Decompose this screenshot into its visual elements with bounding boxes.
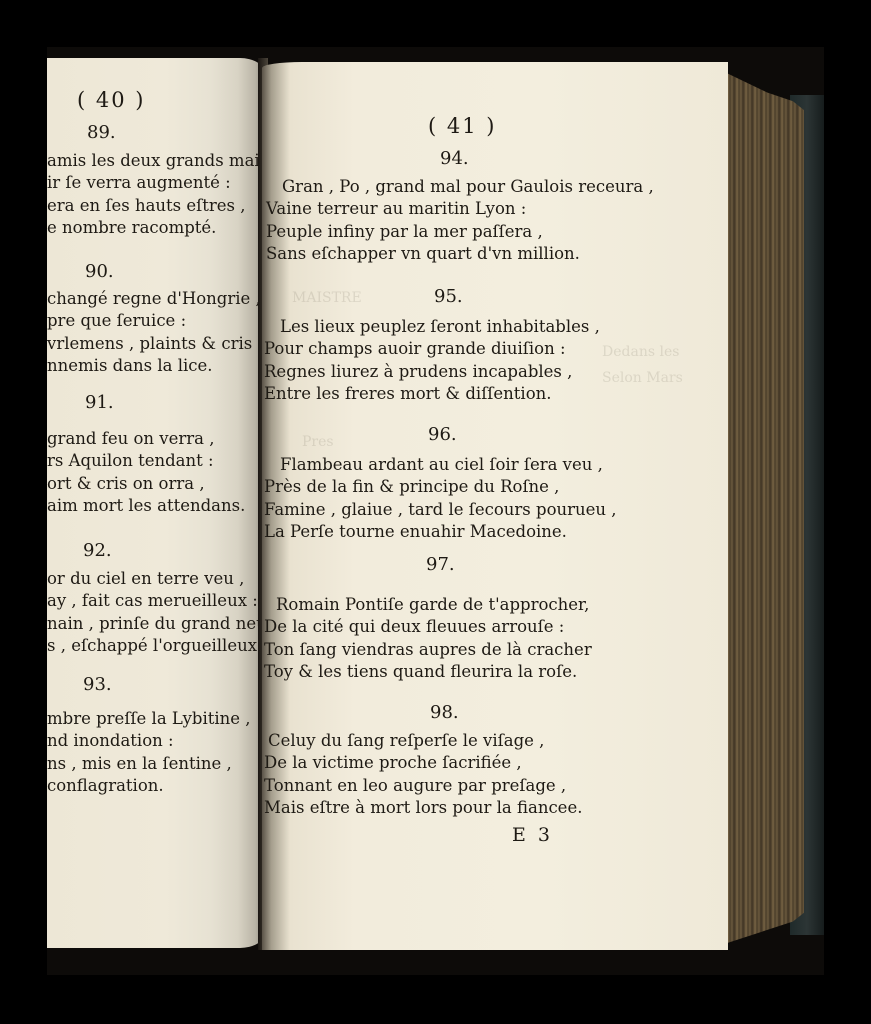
quatrain-98: Celuy du ſang reſperſe le viſage , De la… [264, 730, 582, 819]
signature-mark: E 3 [512, 824, 553, 846]
verse-line: aim mort les attendans. [47, 495, 245, 517]
verse-line: amis les deux grands maiſtres [47, 150, 264, 172]
verse-line: s , eſchappé l'orgueilleux. [47, 635, 264, 657]
quatrain-92: or du ciel en terre veu , ay , fait cas … [47, 568, 264, 657]
verse-line: Ton ſang viendras aupres de là cracher [264, 639, 592, 661]
quatrain-number: 98. [430, 702, 459, 723]
verse-line: pre que ſeruice : [47, 310, 263, 332]
verse-line: conflagration. [47, 775, 251, 797]
bleed-through-text: MAISTRE [292, 290, 362, 306]
quatrain-94: Gran , Po , grand mal pour Gaulois receu… [266, 176, 654, 265]
verse-line: Près de la fin & principe du Roſne , [264, 476, 617, 498]
verse-line: Flambeau ardant au ciel ſoir ſera veu , [264, 454, 617, 476]
verse-line: Mais eſtre à mort lors pour la fiancee. [264, 797, 582, 819]
verse-line: nd inondation : [47, 730, 251, 752]
verse-line: mbre preſſe la Lybitine , [47, 708, 251, 730]
quatrain-number: 95. [434, 286, 463, 307]
verse-line: Celuy du ſang reſperſe le viſage , [264, 730, 582, 752]
verse-line: Regnes liurez à prudens incapables , [264, 361, 600, 383]
verse-line: or du ciel en terre veu , [47, 568, 264, 590]
quatrain-number: 91. [85, 392, 114, 413]
quatrain-number: 93. [83, 674, 112, 695]
verse-line: La Perſe tourne enuahir Macedoine. [264, 521, 617, 543]
verse-line: ns , mis en la ſentine , [47, 753, 251, 775]
verse-line: Entre les freres mort & diſſention. [264, 383, 600, 405]
verse-line: grand feu on verra , [47, 428, 245, 450]
quatrain-number: 92. [83, 540, 112, 561]
verse-line: De la cité qui deux fleuues arrouſe : [264, 616, 592, 638]
bleed-through-text: Pres [302, 434, 334, 450]
verse-line: vrlemens , plaints & cris , [47, 333, 263, 355]
verse-line: Sans eſchapper vn quart d'vn million. [266, 243, 654, 265]
verse-line: ay , fait cas merueilleux : [47, 590, 264, 612]
right-page: MAISTRE Dedans les Selon Mars Pres ( 41 … [262, 62, 728, 950]
quatrain-number: 94. [440, 148, 469, 169]
verse-line: ir ſe verra augmenté : [47, 172, 264, 194]
quatrain-95: Les lieux peuplez ſeront inhabitables , … [264, 316, 600, 405]
left-page-folio: ( 40 ) [77, 88, 145, 112]
verse-line: changé regne d'Hongrie , [47, 288, 263, 310]
right-page-folio: ( 41 ) [428, 114, 496, 138]
verse-line: ort & cris on orra , [47, 473, 245, 495]
verse-line: Gran , Po , grand mal pour Gaulois receu… [266, 176, 654, 198]
verse-line: nain , prinſe du grand neueu [47, 613, 264, 635]
quatrain-96: Flambeau ardant au ciel ſoir ſera veu , … [264, 454, 617, 543]
verse-line: Vaine terreur au maritin Lyon : [266, 198, 654, 220]
left-page: ( 40 ) 89. amis les deux grands maiſtres… [47, 58, 264, 948]
verse-line: Les lieux peuplez ſeront inhabitables , [264, 316, 600, 338]
verse-line: e nombre racompté. [47, 217, 264, 239]
bleed-through-text: Dedans les [602, 344, 679, 360]
verse-line: Tonnant en leo augure par preſage , [264, 775, 582, 797]
verse-line: De la victime proche ſacrifiée , [264, 752, 582, 774]
quatrain-90: changé regne d'Hongrie , pre que ſeruice… [47, 288, 263, 377]
quatrain-93: mbre preſſe la Lybitine , nd inondation … [47, 708, 251, 797]
quatrain-89: amis les deux grands maiſtres ir ſe verr… [47, 150, 264, 239]
quatrain-number: 90. [85, 261, 114, 282]
verse-line: Famine , glaiue , tard le ſecours pourue… [264, 499, 617, 521]
verse-line: rs Aquilon tendant : [47, 450, 245, 472]
bleed-through-text: Selon Mars [602, 370, 683, 386]
quatrain-97: Romain Pontiſe garde de t'approcher, De … [264, 594, 592, 683]
quatrain-number: 89. [87, 122, 116, 143]
verse-line: era en ſes hauts eſtres , [47, 195, 264, 217]
quatrain-91: grand feu on verra , rs Aquilon tendant … [47, 428, 245, 517]
verse-line: Toy & les tiens quand fleurira la roſe. [264, 661, 592, 683]
verse-line: nnemis dans la lice. [47, 355, 263, 377]
verse-line: Pour champs auoir grande diuiſion : [264, 338, 600, 360]
quatrain-number: 96. [428, 424, 457, 445]
verse-line: Romain Pontiſe garde de t'approcher, [264, 594, 592, 616]
quatrain-number: 97. [426, 554, 455, 575]
verse-line: Peuple infiny par la mer paſſera , [266, 221, 654, 243]
